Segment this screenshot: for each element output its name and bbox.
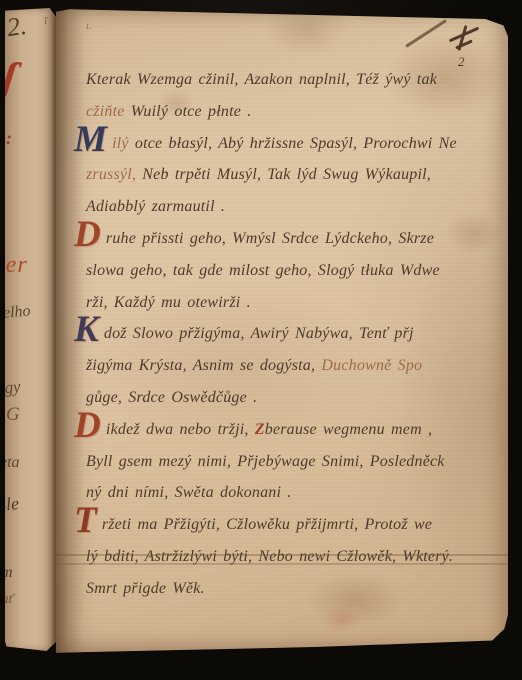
text-segment: dož Slowo přžigýma, Awirý Nabýwa, Tenť p… bbox=[104, 325, 414, 342]
margin-fragment: egy bbox=[0, 377, 22, 399]
text-segment: Wuilý otce płnte . bbox=[131, 103, 252, 120]
text-segment: Z bbox=[255, 421, 265, 438]
verse-paragraph: Kdož Slowo přžigýma, Awirý Nabýwa, Tenť … bbox=[86, 318, 522, 413]
text-block: Kterak Wzemga cžinil, Azakon naplnil, Té… bbox=[86, 64, 522, 605]
text-segment: Neb trpěti Musýl, Tak lýd Swug Wýkaupil, bbox=[142, 166, 431, 183]
text-segment: Adiabblý zarmautil . bbox=[86, 198, 225, 215]
margin-fragment: G bbox=[6, 404, 20, 426]
verse-paragraph: Dikdež dwa nebo tržji, Zberause wegmenu … bbox=[86, 414, 522, 509]
margin-fragment: nelho bbox=[0, 302, 31, 323]
illuminated-initial: K bbox=[74, 316, 99, 344]
verse-paragraph: Kterak Wzemga cžinil, Azakon naplnil, Té… bbox=[86, 64, 522, 128]
margin-fragment: ter bbox=[0, 252, 28, 279]
diagonal-pen-stroke bbox=[405, 19, 447, 48]
text-segment: ržeti ma Přžigýti, Cžlowěku přžijmrti, P… bbox=[102, 516, 432, 533]
text-segment: Smrt přigde Wěk. bbox=[86, 580, 205, 597]
illuminated-initial: D bbox=[74, 221, 101, 249]
text-segment: slowa geho, tak gde milost geho, Slogý t… bbox=[86, 262, 440, 279]
photograph-canvas: 2. ʃ : ter nelho egy G eta Sle am rať ī … bbox=[0, 0, 522, 680]
manuscript-page: ı. 2 Kterak Wzemga cžinil, Azakon naplni… bbox=[56, 8, 508, 656]
text-segment: zrussýl, bbox=[86, 166, 142, 183]
verse-paragraph: Druhe přissti geho, Wmýsl Srdce Lýdckeho… bbox=[86, 223, 522, 318]
verse-paragraph: Milý otce błasýl, Abý hržissne Spasýl, P… bbox=[86, 128, 522, 223]
text-segment: žigýma Krýsta, Asnim se dogýsta, bbox=[86, 357, 321, 374]
margin-fragment: 2. bbox=[5, 11, 28, 43]
margin-fragment: am bbox=[0, 564, 13, 582]
red-colon-mark: : bbox=[6, 128, 12, 149]
text-segment: ný dni ními, Swěta dokonani . bbox=[86, 484, 292, 501]
illuminated-initial: M bbox=[74, 126, 107, 154]
folio-ink-mark bbox=[448, 24, 482, 54]
corner-mark: ī bbox=[44, 13, 47, 28]
text-segment: Duchowně Spo bbox=[321, 357, 422, 374]
margin-fragment: Sle bbox=[0, 493, 20, 516]
text-segment: ilý bbox=[112, 135, 135, 152]
text-segment: lý bditi, Astržizlýwi býti, Nebo newi Cž… bbox=[86, 548, 453, 565]
verse-paragraph: Tržeti ma Přžigýti, Cžlowěku přžijmrti, … bbox=[86, 509, 522, 604]
illuminated-initial: T bbox=[74, 507, 97, 535]
illuminated-initial: D bbox=[74, 412, 101, 440]
text-segment: ruhe přissti geho, Wmýsl Srdce Lýdckeho,… bbox=[106, 230, 434, 247]
text-segment: rži, Každý mu otewirži . bbox=[86, 294, 251, 311]
text-segment: Kterak Wzemga cžinil, Azakon naplnil, Té… bbox=[86, 71, 437, 88]
margin-fragment: eta bbox=[0, 454, 20, 472]
text-segment: ikdež dwa nebo tržji, bbox=[106, 421, 255, 438]
text-segment: gůge, Srdce Oswědčůge . bbox=[86, 389, 257, 406]
facing-page-edge: 2. ʃ : ter nelho egy G eta Sle am rať ī bbox=[5, 8, 57, 651]
text-segment: otce błasýl, Abý hržissne Spasýl, Proroc… bbox=[135, 135, 457, 152]
text-segment: cžiňte bbox=[86, 103, 131, 120]
red-flourish-mark: ʃ bbox=[0, 51, 20, 103]
text-segment: berause wegmenu mem , bbox=[265, 421, 433, 438]
faint-pen-mark: ı. bbox=[86, 20, 92, 32]
margin-fragment: rať bbox=[0, 592, 14, 608]
text-segment: Byll gsem mezý nimi, Přjebýwage Snimi, P… bbox=[86, 453, 445, 470]
